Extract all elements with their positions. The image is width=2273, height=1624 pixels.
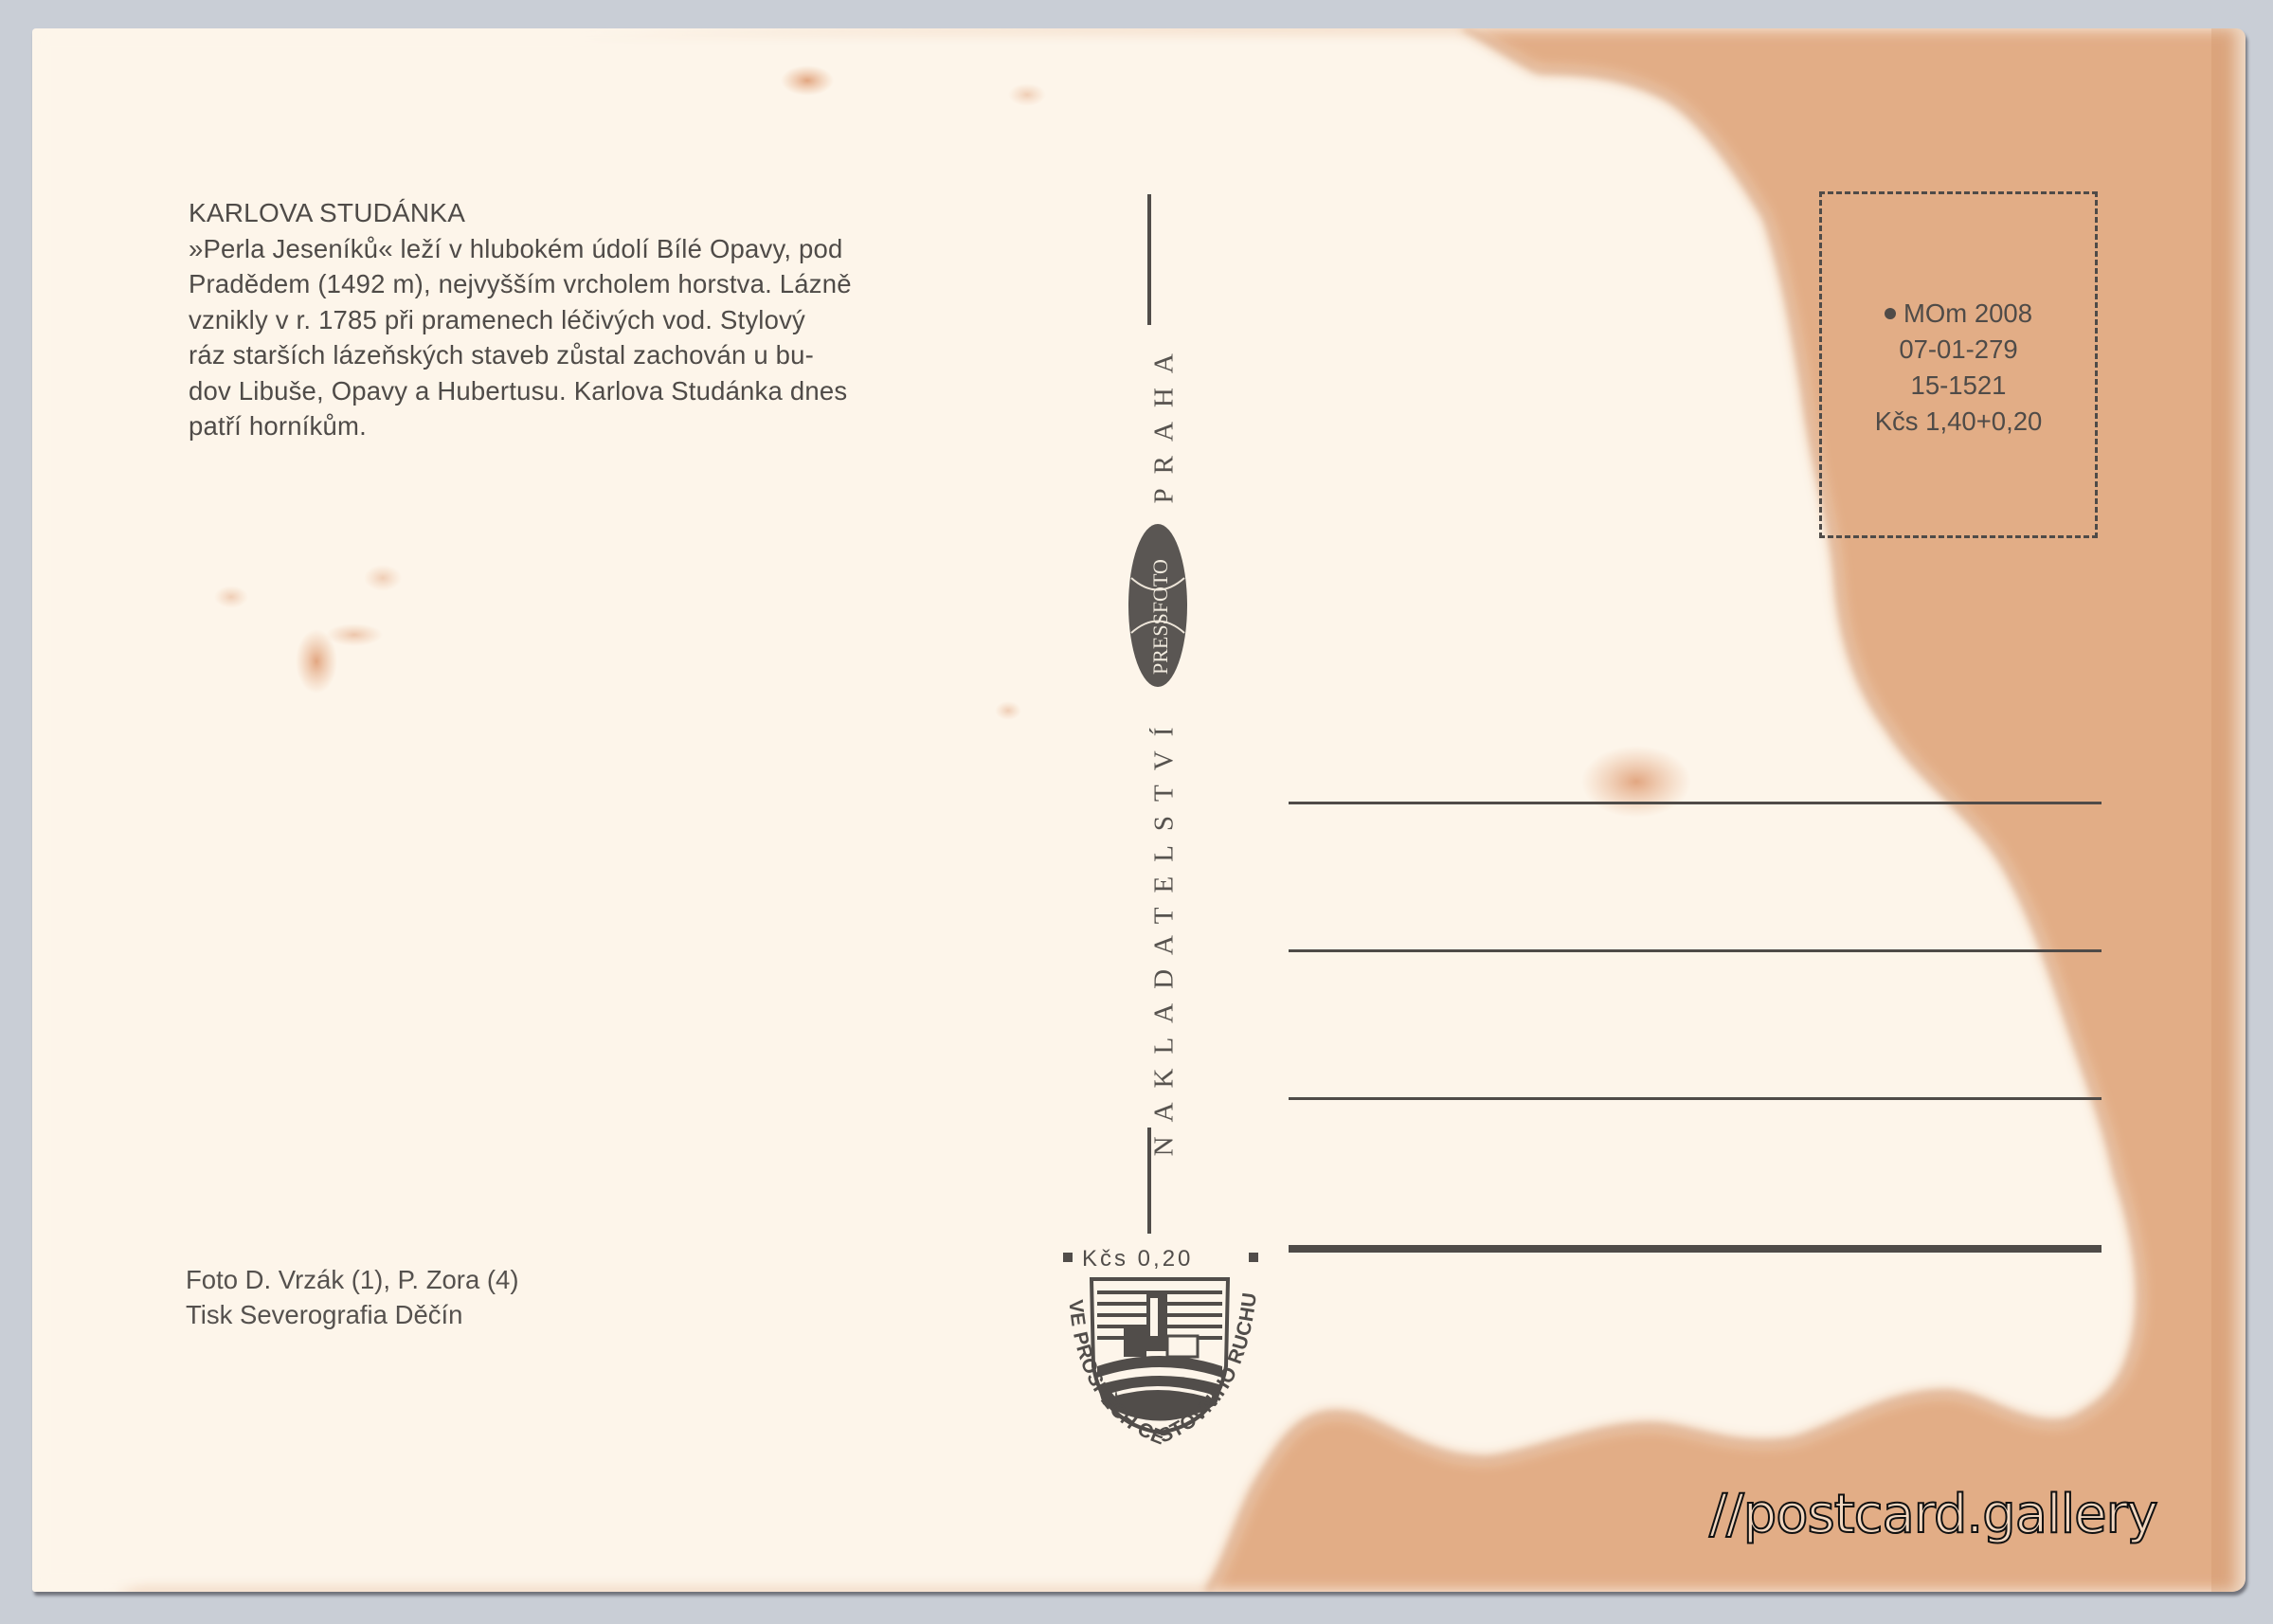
publisher-city: PRAHA: [1149, 343, 1181, 504]
emblem-price: Kčs 0,20: [1082, 1246, 1193, 1272]
pressfoto-logo-icon: PRESSFOTO: [1126, 521, 1190, 690]
stamp-number: 07-01-279: [1822, 332, 2095, 368]
address-line-1: [1289, 802, 2102, 804]
stamp-price: Kčs 1,40+0,20: [1822, 404, 2095, 440]
description-line: dov Libuše, Opavy a Hubertusu. Karlova S…: [189, 373, 1079, 409]
description-line: Pradědem (1492 m), nejvyšším vrcholem ho…: [189, 266, 1079, 302]
castle-shield-icon: Kčs 0,20 VE PROSPĚCH CESTOVNÍHO RUCHU: [1055, 1224, 1273, 1452]
address-line-2: [1289, 949, 2102, 952]
watermark: //postcard.gallery: [1709, 1484, 2157, 1545]
stamp-code: MOm 2008: [1903, 298, 2032, 328]
pressfoto-label: PRESSFOTO: [1148, 559, 1172, 675]
address-line-4: [1289, 1245, 2102, 1253]
postcard-back: KARLOVA STUDÁNKA »Perla Jeseníků« leží v…: [32, 28, 2246, 1592]
description-line: patří horníkům.: [189, 408, 1079, 444]
bullet-dot-icon: [1885, 308, 1896, 319]
stamp-info: MOm 2008 07-01-279 15-1521 Kčs 1,40+0,20: [1822, 296, 2095, 440]
credits-block: Foto D. Vrzák (1), P. Zora (4) Tisk Seve…: [186, 1262, 518, 1332]
divider-top: [1147, 194, 1151, 325]
description-block: KARLOVA STUDÁNKA »Perla Jeseníků« leží v…: [189, 195, 1079, 444]
publisher-name: NAKLADATELSTVÍ: [1149, 698, 1181, 1172]
description-line: »Perla Jeseníků« leží v hlubokém údolí B…: [189, 231, 1079, 267]
description-line: ráz starších lázeňských staveb zůstal za…: [189, 337, 1079, 373]
photo-credit: Foto D. Vrzák (1), P. Zora (4): [186, 1262, 518, 1297]
address-line-3: [1289, 1097, 2102, 1100]
stamp-placeholder: MOm 2008 07-01-279 15-1521 Kčs 1,40+0,20: [1819, 191, 2098, 538]
divider-bottom: [1147, 1128, 1151, 1234]
stamp-series: 15-1521: [1822, 368, 2095, 404]
print-credit: Tisk Severografia Děčín: [186, 1297, 518, 1332]
description-line: vznikly v r. 1785 při pramenech léčivých…: [189, 302, 1079, 338]
description-title: KARLOVA STUDÁNKA: [189, 195, 1079, 231]
